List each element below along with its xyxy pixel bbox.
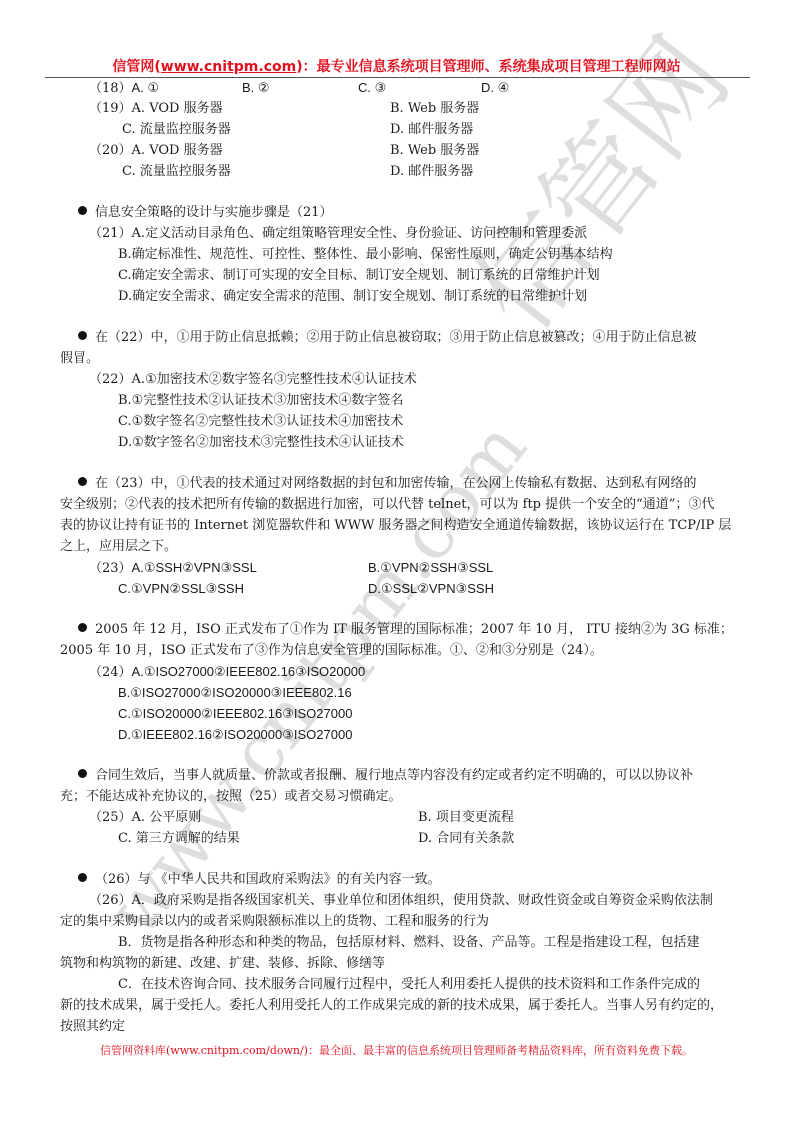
q21-number: （21） (89, 226, 132, 241)
q23-option-c: C.①VPN②SSL③SSH (118, 579, 244, 598)
q18-option-a: A. ① (132, 80, 160, 95)
q23-stem-line2: 安全级别；②代表的技术把所有传输的数据进行加密，可以代替 telnet，可以为 … (60, 495, 714, 514)
q22-option-d: D.①数字签名②加密技术③完整性技术④认证技术 (118, 433, 404, 452)
q21-option-a-row: （21）A.定义活动目录角色、确定组策略管理安全性、身份验证、访问控制和管理委派 (89, 224, 587, 243)
header-prefix: 信管网( (112, 59, 160, 75)
bullet-icon (78, 477, 87, 486)
q21-option-a: A.定义活动目录角色、确定组策略管理安全性、身份验证、访问控制和管理委派 (132, 226, 588, 241)
q21-option-c: C.确定安全需求、制订可实现的安全目标、制订安全规划、制订系统的日常维护计划 (118, 266, 600, 285)
q20-option-c: C. 流量监控服务器 (122, 162, 231, 181)
document-page: 信管网 www.cnitpm.com 信管网(www.cnitpm.com)：最… (0, 0, 793, 1122)
q20-option-b: B. Web 服务器 (390, 141, 479, 160)
q26-stem: （26）与 《中华人民共和国政府采购法》的有关内容一致。 (78, 870, 441, 889)
q26-option-c-line3: 按照其约定 (60, 1017, 125, 1036)
q25-option-a: A. 公平原则 (132, 810, 202, 825)
q25-stem-line1: 合同生效后，当事人就质量、价款或者报酬、履行地点等内容没有约定或者约定不明确的，… (78, 766, 693, 785)
q20-row1: （20）A. VOD 服务器 (89, 141, 223, 160)
q21-stem: 信息安全策略的设计与实施步骤是（21） (78, 203, 333, 222)
q20-number: （20） (89, 143, 132, 158)
q26-option-b-line2: 筑物和构筑物的新建、改建、扩建、装修、拆除、修缮等 (60, 954, 385, 973)
q24-option-c: C.①ISO20000②IEEE802.16③ISO27000 (118, 704, 352, 723)
q19-option-d: D. 邮件服务器 (390, 120, 473, 139)
bullet-icon (78, 206, 87, 215)
q19-option-a: A. VOD 服务器 (132, 101, 223, 116)
page-header: 信管网(www.cnitpm.com)：最专业信息系统项目管理师、系统集成项目管… (0, 56, 793, 76)
q24-option-d: D.①IEEE802.16②ISO20000③ISO27000 (118, 725, 352, 744)
q23-option-d: D.①SSL②VPN③SSH (368, 579, 494, 598)
q24-option-b: B.①ISO27000②ISO20000③IEEE802.16 (118, 683, 352, 702)
q24-option-a: A.①ISO27000②IEEE802.16③ISO20000 (132, 664, 366, 679)
q23-option-a: A.①SSH②VPN③SSL (132, 560, 257, 575)
q22-stem-line2: 假冒。 (60, 349, 99, 368)
q25-option-d: D. 合同有关条款 (418, 829, 514, 848)
q22-option-a: A.①加密技术②数字签名③完整性技术④认证技术 (132, 372, 417, 387)
q23-stem-line4: 之上，应用层之下。 (60, 537, 177, 556)
q18-option-d: D. ④ (481, 78, 509, 97)
q18-options: （18）A. ① (89, 78, 159, 98)
bullet-icon (78, 873, 87, 882)
q19-number: （19） (89, 101, 132, 116)
q18-option-c: C. ③ (358, 78, 386, 97)
q22-option-c: C.①数字签名②完整性技术③认证技术④加密技术 (118, 412, 403, 431)
header-link[interactable]: www.cnitpm.com (161, 59, 296, 75)
q21-option-d: D.确定安全需求、确定安全需求的范围、制订安全规划、制订系统的日常维护计划 (118, 287, 587, 306)
q24-stem-line1: 2005 年 12 月，ISO 正式发布了①作为 IT 服务管理的国际标准；20… (78, 620, 733, 639)
bullet-icon (78, 331, 87, 340)
page-footer: 信管网资料库(www.cnitpm.com/down/)：最全面、最丰富的信息系… (0, 1042, 793, 1058)
q25-option-a-row: （25）A. 公平原则 (89, 808, 201, 827)
q19-option-c: C. 流量监控服务器 (122, 120, 231, 139)
q23-option-a-row: （23）A.①SSH②VPN③SSL (89, 558, 257, 578)
q24-option-a-row: （24）A.①ISO27000②IEEE802.16③ISO20000 (89, 662, 365, 682)
q25-number: （25） (89, 810, 132, 825)
q23-stem-line1: 在（23）中，①代表的技术通过对网络数据的封包和加密传输，在公网上传输私有数据、… (78, 474, 697, 493)
header-suffix: )：最专业信息系统项目管理师、系统集成项目管理工程师网站 (296, 59, 680, 75)
q22-option-a-row: （22）A.①加密技术②数字签名③完整性技术④认证技术 (89, 370, 417, 389)
q18-option-b: B. ② (242, 78, 270, 97)
q23-option-b: B.①VPN②SSH③SSL (368, 558, 493, 577)
q23-number: （23） (89, 561, 132, 576)
q20-option-d: D. 邮件服务器 (390, 162, 473, 181)
q23-stem-line3: 表的协议让持有证书的 Internet 浏览器软件和 WWW 服务器之间构造安全… (60, 516, 731, 535)
q21-option-b: B.确定标准性、规范性、可控性、整体性、最小影响、保密性原则，确定公钥基本结构 (118, 245, 613, 264)
q26-option-a-line2: 定的集中采购目录以内的或者采购限额标准以上的货物、工程和服务的行为 (60, 912, 489, 931)
q26-option-b-line1: B．货物是指各种形态和种类的物品，包括原材料、燃料、设备、产品等。工程是指建设工… (118, 933, 700, 952)
q24-stem-line2: 2005 年 10 月，ISO 正式发布了③作为信息安全管理的国际标准。①、②和… (60, 641, 603, 660)
q19-row1: （19）A. VOD 服务器 (89, 99, 223, 118)
q26-option-c-line2: 新的技术成果，属于受托人。委托人利用受托人的工作成果完成的新的技术成果，属于委托… (60, 996, 723, 1015)
q19-option-b: B. Web 服务器 (390, 99, 479, 118)
q24-number: （24） (89, 665, 132, 680)
q22-option-b: B.①完整性技术②认证技术③加密技术④数字签名 (118, 391, 403, 410)
q25-option-c: C. 第三方调解的结果 (118, 829, 240, 848)
bullet-icon (78, 769, 87, 778)
q26-option-a-line1: （26）A．政府采购是指各级国家机关、事业单位和团体组织，使用贷款、财政性资金或… (89, 891, 713, 910)
q25-option-b: B. 项目变更流程 (418, 808, 514, 827)
q18-number: （18） (89, 81, 132, 96)
q25-stem-line2: 充；不能达成补充协议的，按照（25）或者交易习惯确定。 (60, 787, 402, 806)
q20-option-a: A. VOD 服务器 (132, 143, 223, 158)
q22-stem-line1: 在（22）中，①用于防止信息抵赖；②用于防止信息被窃取；③用于防止信息被篡改；④… (78, 328, 697, 347)
bullet-icon (78, 623, 87, 632)
q26-option-c-line1: C．在技术咨询合同、技术服务合同履行过程中，受托人利用委托人提供的技术资料和工作… (118, 975, 700, 994)
q22-number: （22） (89, 372, 132, 387)
